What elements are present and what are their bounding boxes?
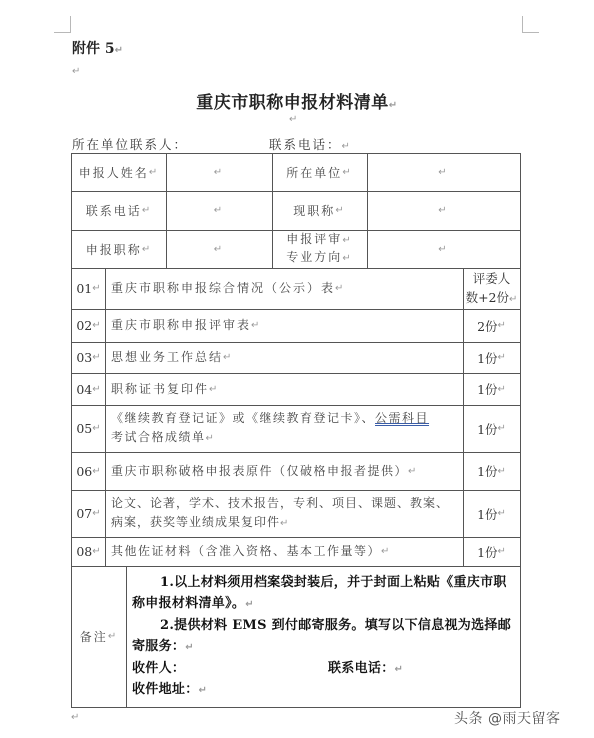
item-number: 06↵ — [72, 452, 105, 490]
paragraph-mark: ↵ — [72, 66, 80, 77]
item-number: 03↵ — [72, 342, 105, 373]
applicant-name-label: 申报人姓名↵ — [72, 154, 166, 191]
item-name: 论文、论著，学术、技术报告，专利、项目、课题、教案、 病案，获奖等业绩成果复印件… — [105, 490, 463, 537]
remark-note-1: 1.以上材料须用档案袋封装后，并于封面上粘贴《重庆市职 — [132, 572, 514, 593]
current-title-label: 现职称↵ — [272, 191, 367, 230]
document-title: 重庆市职称申报材料清单↵ — [0, 88, 594, 113]
item-quantity: 2份↵ — [463, 309, 520, 342]
page-corner-mark-top-left — [54, 16, 71, 33]
item-name: 重庆市职称申报综合情况（公示）表↵ — [105, 268, 463, 309]
recipient-address-label: 收件地址：↵ — [132, 679, 514, 701]
item-number: 02↵ — [72, 309, 105, 342]
item-quantity: 评委人 数+2份↵ — [463, 268, 520, 309]
item-number: 01↵ — [72, 268, 105, 309]
item-quantity: 1份↵ — [463, 490, 520, 537]
review-specialty-label: 申报评审↵ 专业方向↵ — [272, 230, 367, 268]
item-quantity: 1份↵ — [463, 342, 520, 373]
item-quantity: 1份↵ — [463, 405, 520, 452]
review-specialty-field[interactable]: ↵ — [367, 230, 520, 268]
item-name: 《继续教育登记证》或《继续教育登记卡》、公需科目 考试合格成绩单↵ — [105, 405, 463, 452]
item-name: 思想业务工作总结↵ — [105, 342, 463, 373]
phone-field[interactable]: ↵ — [166, 191, 272, 230]
remark-note-2: 2.提供材料 EMS 到付邮寄服务。填写以下信息视为选择邮 — [132, 615, 514, 636]
item-name: 重庆市职称申报评审表↵ — [105, 309, 463, 342]
item-number: 08↵ — [72, 537, 105, 566]
materials-table: 申报人姓名↵ ↵ 所在单位↵ ↵ 联系电话↵ ↵ 现职称↵ ↵ 申报职称↵ ↵ … — [71, 153, 521, 708]
attachment-label: 附件 5↵ — [72, 38, 123, 58]
work-unit-label: 所在单位↵ — [272, 154, 367, 191]
contact-phone-label: 联系电话：↵ — [269, 135, 352, 153]
item-quantity: 1份↵ — [463, 537, 520, 566]
item-name: 重庆市职称破格申报表原件（仅破格申报者提供）↵ — [105, 452, 463, 490]
item-number: 05↵ — [72, 405, 105, 452]
applied-title-label: 申报职称↵ — [72, 230, 166, 268]
recipient-phone-label: 联系电话：↵ — [328, 658, 403, 680]
paragraph-mark: ↵ — [71, 712, 79, 723]
applied-title-field[interactable]: ↵ — [166, 230, 272, 268]
item-number: 07↵ — [72, 490, 105, 537]
phone-label: 联系电话↵ — [72, 191, 166, 230]
item-quantity: 1份↵ — [463, 373, 520, 405]
item-number: 04↵ — [72, 373, 105, 405]
item-quantity: 1份↵ — [463, 452, 520, 490]
underlined-term: 公需科目 — [375, 411, 429, 425]
current-title-field[interactable]: ↵ — [367, 191, 520, 230]
recipient-label: 收件人： — [132, 661, 185, 676]
item-name: 职称证书复印件↵ — [105, 373, 463, 405]
remarks-content: 1.以上材料须用档案袋封装后，并于封面上粘贴《重庆市职 称申报材料清单》。↵ 2… — [72, 566, 520, 707]
work-unit-field[interactable]: ↵ — [367, 154, 520, 191]
paragraph-mark: ↵ — [289, 114, 297, 125]
page-corner-mark-top-right — [522, 16, 539, 33]
item-name: 其他佐证材料（含准入资格、基本工作量等）↵ — [105, 537, 463, 566]
applicant-name-field[interactable]: ↵ — [166, 154, 272, 191]
watermark: 头条 @雨天留客 — [454, 708, 560, 728]
unit-contact-label: 所在单位联系人： — [72, 135, 188, 153]
